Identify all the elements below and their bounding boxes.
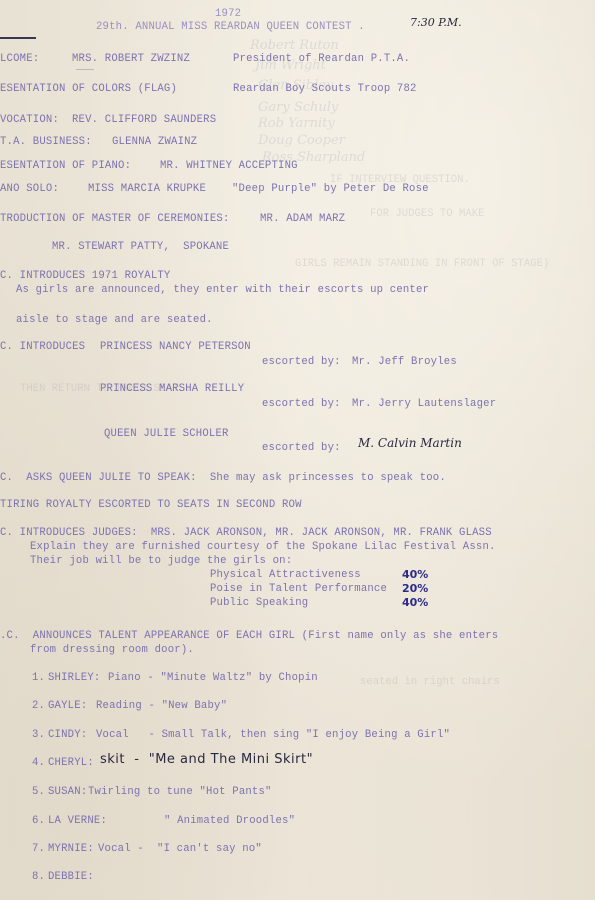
bleed-through-handwriting: Robert Ruton xyxy=(250,38,339,53)
queen-escort-handwritten: M. Calvin Martin xyxy=(358,436,462,450)
colors-note: Reardan Boy Scouts Troop 782 xyxy=(233,83,417,95)
talent-entry-number: 3. xyxy=(32,729,45,741)
bleed-through-text: GIRLS REMAIN STANDING IN FRONT OF STAGE) xyxy=(295,258,549,270)
talent-entry-name: SHIRLEY: xyxy=(48,672,100,684)
talent-entry-name: MYRNIE: xyxy=(48,843,94,855)
talent-heading-2: from dressing room door). xyxy=(30,644,194,656)
talent-entry-number: 1. xyxy=(32,672,45,684)
criterion-name: Poise in Talent Performance xyxy=(210,583,387,595)
talent-entry-act: Reading - "New Baby" xyxy=(96,700,227,712)
welcome-speaker: MRS. ROBERT ZWZINZ xyxy=(72,53,190,65)
bleed-through-handwriting: Rob Yarnity xyxy=(258,116,335,131)
colors-label: ESENTATION OF COLORS (FLAG) xyxy=(0,83,177,95)
royalty-intro-label: C. INTRODUCES xyxy=(0,341,85,353)
pen-stroke-mark xyxy=(0,37,36,39)
talent-entry-act: Piano - "Minute Waltz" by Chopin xyxy=(108,672,318,684)
piano-solo-label: ANO SOLO: xyxy=(0,183,59,195)
talent-entry-name: LA VERNE: xyxy=(48,815,107,827)
welcome-label: LCOME: xyxy=(0,53,39,65)
princess-2-escort-label: escorted by: xyxy=(262,398,341,410)
talent-entry-number: 5. xyxy=(32,786,45,798)
bleed-through-handwriting: Gary Schuly xyxy=(258,100,338,115)
handwritten-time-note: 7:30 P.M. xyxy=(410,16,462,29)
judges-criteria-intro: Their job will be to judge the girls on: xyxy=(30,555,292,567)
talent-entry-number: 7. xyxy=(32,843,45,855)
document-page: Robert Ruton Jim Wright Glen Sibley Gary… xyxy=(0,0,595,900)
talent-entry-name: DEBBIE: xyxy=(48,871,94,883)
invocation-label: VOCATION: xyxy=(0,114,59,126)
faint-mark xyxy=(76,69,94,70)
queen-speak-line: C. ASKS QUEEN JULIE TO SPEAK: She may as… xyxy=(0,472,446,484)
talent-entry-act: Vocal - Small Talk, then sing "I enjoy B… xyxy=(96,729,450,741)
princess-2-escort: Mr. Jerry Lautenslager xyxy=(352,398,496,410)
bleed-through-text: seated in right chairs xyxy=(360,676,500,688)
talent-entry-act: " Animated Droodles" xyxy=(164,815,295,827)
princess-2-name: PRINCESS MARSHA REILLY xyxy=(100,383,244,395)
talent-entry-name: CINDY: xyxy=(48,729,87,741)
piano-solo-piece: "Deep Purple" by Peter De Rose xyxy=(232,183,429,195)
invocation-value: REV. CLIFFORD SAUNDERS xyxy=(72,114,216,126)
criterion-weight: 40% xyxy=(402,596,428,609)
talent-heading: .C. ANNOUNCES TALENT APPEARANCE OF EACH … xyxy=(0,630,498,642)
talent-entry-name: GAYLE: xyxy=(48,700,87,712)
mc-name: MR. STEWART PATTY, SPOKANE xyxy=(52,241,229,253)
criterion-weight: 20% xyxy=(402,582,428,595)
welcome-note: President of Reardan P.T.A. xyxy=(233,53,410,65)
talent-entry-number: 8. xyxy=(32,871,45,883)
piano-solo-performer: MISS MARCIA KRUPKE xyxy=(88,183,206,195)
criterion-name: Public Speaking xyxy=(210,597,308,609)
queen-escort-label: escorted by: xyxy=(262,442,341,454)
pta-business-label: T.A. BUSINESS: xyxy=(0,136,92,148)
talent-entry-name: SUSAN: xyxy=(48,786,87,798)
bleed-through-text: FOR JUDGES TO MAKE xyxy=(370,208,484,220)
princess-1-escort-label: escorted by: xyxy=(262,356,341,368)
royalty-instructions-2: aisle to stage and are seated. xyxy=(16,314,213,326)
mc-intro-value: MR. ADAM MARZ xyxy=(260,213,345,225)
judges-explain: Explain they are furnished courtesy of t… xyxy=(30,541,496,553)
talent-entry-act-handwritten: skit - "Me and The Mini Skirt" xyxy=(100,752,313,767)
talent-entry-act: Vocal - "I can't say no" xyxy=(98,843,262,855)
talent-entry-act: Twirling to tune "Hot Pants" xyxy=(88,786,272,798)
criterion-weight: 40% xyxy=(402,568,428,581)
queen-name: QUEEN JULIE SCHOLER xyxy=(104,428,229,440)
talent-entry-number: 2. xyxy=(32,700,45,712)
document-title: 29th. ANNUAL MISS REARDAN QUEEN CONTEST … xyxy=(96,21,365,33)
retiring-royalty-line: TIRING ROYALTY ESCORTED TO SEATS IN SECO… xyxy=(0,499,302,511)
criterion-name: Physical Attractiveness xyxy=(210,569,361,581)
mc-intro-label: TRODUCTION OF MASTER OF CEREMONIES: xyxy=(0,213,230,225)
talent-entry-number: 6. xyxy=(32,815,45,827)
talent-entry-name: CHERYL: xyxy=(48,757,94,769)
princess-1-escort: Mr. Jeff Broyles xyxy=(352,356,457,368)
talent-entry-number: 4. xyxy=(32,757,45,769)
document-year: 1972 xyxy=(215,8,241,20)
judges-heading: C. INTRODUCES JUDGES: MRS. JACK ARONSON,… xyxy=(0,527,492,539)
princess-1-name: PRINCESS NANCY PETERSON xyxy=(100,341,251,353)
piano-presentation-value: MR. WHITNEY ACCEPTING xyxy=(160,160,298,172)
pta-business-value: GLENNA ZWAINZ xyxy=(112,136,197,148)
royalty-instructions-1: As girls are announced, they enter with … xyxy=(16,284,429,296)
royalty-heading: C. INTRODUCES 1971 ROYALTY xyxy=(0,270,171,282)
bleed-through-handwriting: Doug Cooper xyxy=(258,133,345,148)
piano-presentation-label: ESENTATION OF PIANO: xyxy=(0,160,131,172)
